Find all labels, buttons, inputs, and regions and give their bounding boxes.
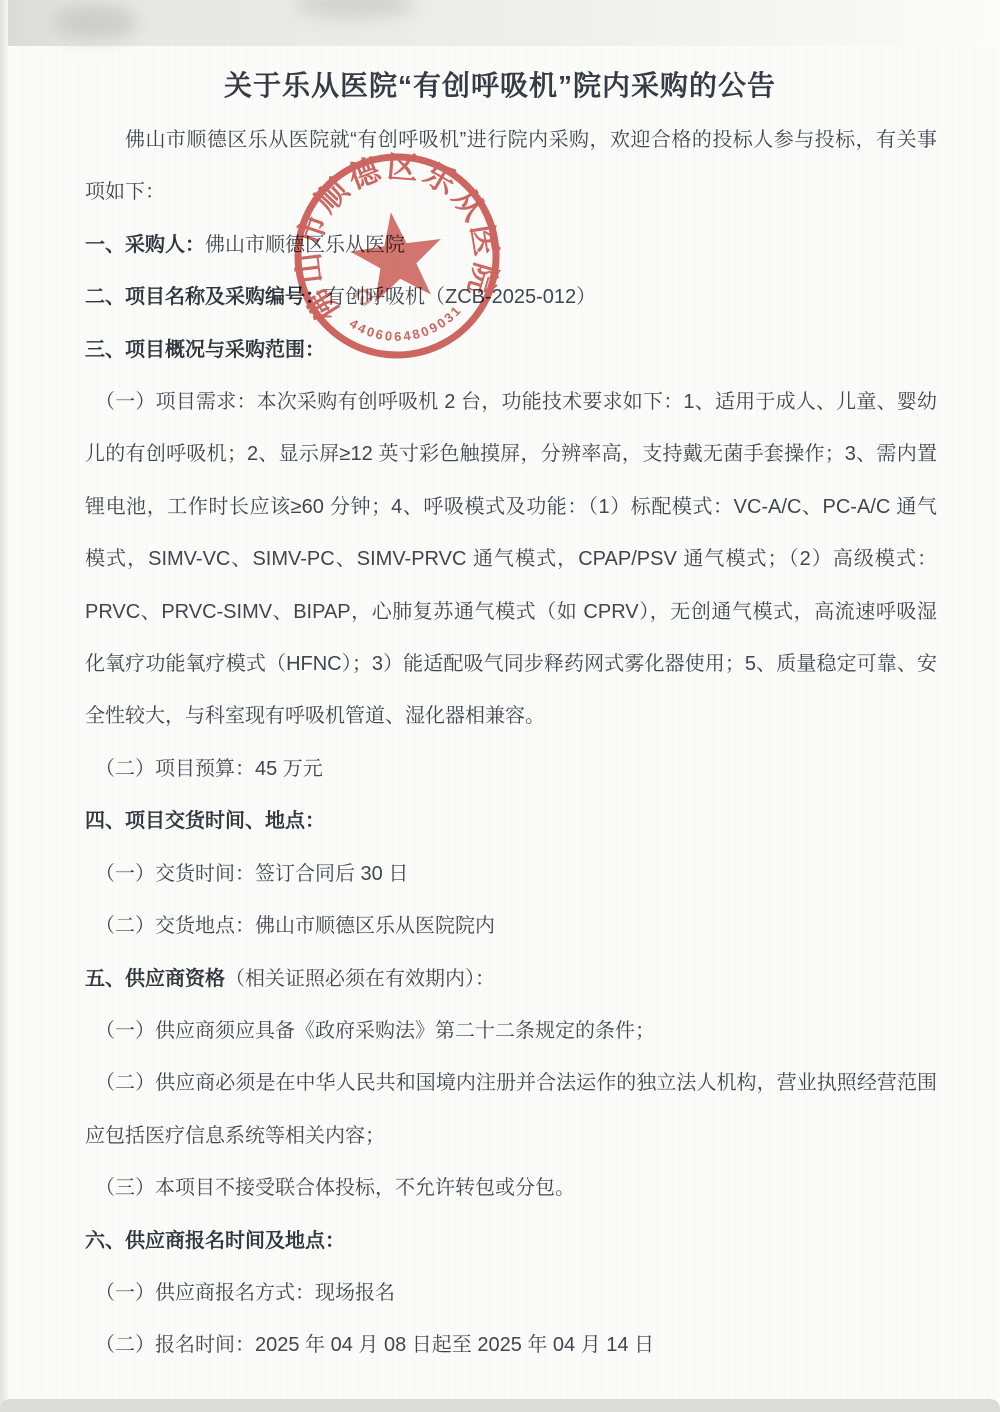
intro-paragraph: 佛山市顺德区乐从医院就“有创呼吸机”进行院内采购，欢迎合格的投标人参与投标，有关… xyxy=(85,114,937,219)
section-1-label: 一、采购人： xyxy=(85,234,205,256)
scan-edge-bottom xyxy=(0,1399,1000,1412)
section-3-label: 三、项目概况与采购范围： xyxy=(85,339,325,361)
document-title: 关于乐从医院“有创呼吸机”院内采购的公告 xyxy=(0,64,1000,104)
seal-ink-smudge xyxy=(356,290,372,306)
section-4-item-1: （一）交货时间：签订合同后 30 日 xyxy=(85,848,937,900)
scan-shadow-blob xyxy=(52,4,138,40)
section-4-label: 四、项目交货时间、地点： xyxy=(85,810,325,832)
section-2-label: 二、项目名称及采购编号： xyxy=(85,286,325,308)
section-4-heading: 四、项目交货时间、地点： xyxy=(85,795,937,847)
scanned-procurement-notice: 关于乐从医院“有创呼吸机”院内采购的公告 佛山市顺德区乐从医院就“有创呼吸机”进… xyxy=(0,0,1000,1412)
section-3-item-2: （二）项目预算：45 万元 xyxy=(85,743,937,795)
section-5-item-3: （三）本项目不接受联合体投标，不允许转包或分包。 xyxy=(85,1162,937,1214)
scan-edge-left xyxy=(0,0,8,1412)
section-6-item-1: （一）供应商报名方式：现场报名 xyxy=(85,1267,937,1319)
scan-edge-top xyxy=(0,0,1000,46)
section-5-item-2: （二）供应商必须是在中华人民共和国境内注册并合法运作的独立法人机构，营业执照经营… xyxy=(85,1057,937,1162)
section-5-item-1: （一）供应商须应具备《政府采购法》第二十二条规定的条件； xyxy=(85,1005,937,1057)
section-6-label: 六、供应商报名时间及地点： xyxy=(85,1230,345,1252)
hospital-seal: 佛山市顺德区乐从医院 4406064809031 xyxy=(277,136,516,375)
section-6-heading: 六、供应商报名时间及地点： xyxy=(85,1215,937,1267)
document-body: 佛山市顺德区乐从医院就“有创呼吸机”进行院内采购，欢迎合格的投标人参与投标，有关… xyxy=(85,114,937,1372)
section-3-item-1: （一）项目需求：本次采购有创呼吸机 2 台，功能技术要求如下：1、适用于成人、儿… xyxy=(85,376,937,743)
section-4-item-2: （二）交货地点：佛山市顺德区乐从医院院内 xyxy=(85,900,937,952)
section-6-item-2: （二）报名时间：2025 年 04 月 08 日起至 2025 年 04 月 1… xyxy=(85,1319,937,1371)
section-5-heading: 五、供应商资格（相关证照必须在有效期内）： xyxy=(85,953,937,1005)
section-5-text: （相关证照必须在有效期内）： xyxy=(225,968,495,990)
section-1-heading: 一、采购人：佛山市顺德区乐从医院 xyxy=(85,219,937,271)
section-5-label: 五、供应商资格 xyxy=(85,968,225,990)
